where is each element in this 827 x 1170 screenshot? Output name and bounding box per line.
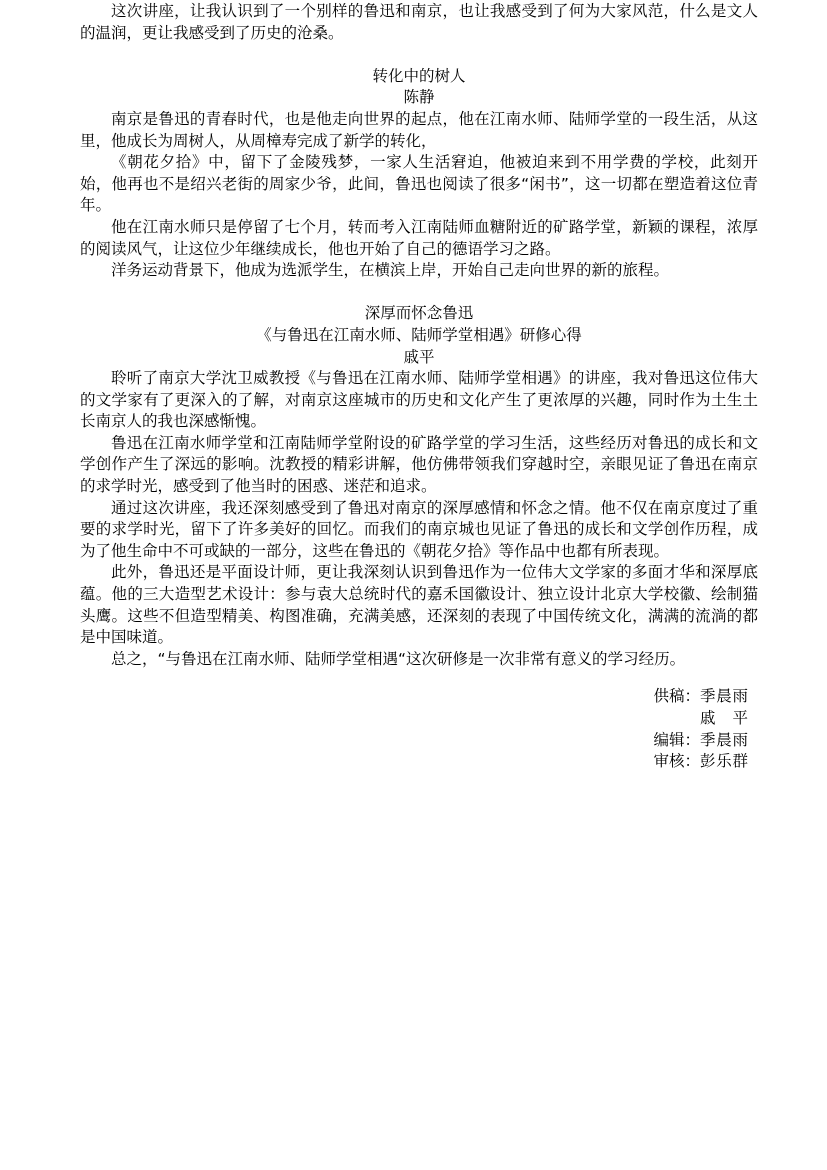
credit-label: 供稿： bbox=[653, 686, 700, 708]
credit-label: 审核： bbox=[653, 751, 700, 773]
article-title: 深厚而怀念鲁迅 bbox=[80, 303, 758, 325]
article-paragraph: 通过这次讲座，我还深刻感受到了鲁迅对南京的深厚感情和怀念之情。他不仅在南京度过了… bbox=[80, 498, 758, 563]
document-page: 这次讲座，让我认识到了一个别样的鲁迅和南京，也让我感受到了何为大家风范，什么是文… bbox=[80, 1, 758, 773]
credit-contributor: 供稿：季晨雨 bbox=[653, 686, 748, 708]
article-paragraph: 他在江南水师只是停留了七个月，转而考入江南陆师血糖附近的矿路学堂，新颖的课程，浓… bbox=[80, 217, 758, 260]
credit-reviewer: 审核：彭乐群 bbox=[653, 751, 748, 773]
article-paragraph: 洋务运动背景下，他成为选派学生，在横滨上岸，开始自己走向世界的新的旅程。 bbox=[80, 260, 758, 282]
intro-paragraph: 这次讲座，让我认识到了一个别样的鲁迅和南京，也让我感受到了何为大家风范，什么是文… bbox=[80, 1, 758, 44]
spacer bbox=[80, 282, 758, 304]
article-remembering-luxun: 深厚而怀念鲁迅 《与鲁迅在江南水师、陆师学堂相遇》研修心得 戚平 聆听了南京大学… bbox=[80, 303, 758, 670]
credit-contributor-2: 戚 平 bbox=[700, 708, 748, 730]
article-paragraph: 聆听了南京大学沈卫威教授《与鲁迅在江南水师、陆师学堂相遇》的讲座，我对鲁迅这位伟… bbox=[80, 368, 758, 433]
article-author: 戚平 bbox=[80, 347, 758, 369]
article-author: 陈静 bbox=[80, 87, 758, 109]
article-transformation-of-shuren: 转化中的树人 陈静 南京是鲁迅的青春时代，也是他走向世界的起点，他在江南水师、陆… bbox=[80, 66, 758, 282]
article-paragraph: 《朝花夕拾》中，留下了金陵残梦，一家人生活窘迫，他被迫来到不用学费的学校，此刻开… bbox=[80, 152, 758, 217]
article-paragraph: 此外，鲁迅还是平面设计师，更让我深刻认识到鲁迅作为一位伟大文学家的多面才华和深厚… bbox=[80, 562, 758, 648]
article-subtitle: 《与鲁迅在江南水师、陆师学堂相遇》研修心得 bbox=[80, 325, 758, 347]
credit-label: 编辑： bbox=[653, 730, 700, 752]
spacer bbox=[80, 44, 758, 66]
article-paragraph: 鲁迅在江南水师学堂和江南陆师学堂附设的矿路学堂的学习生活，这些经历对鲁迅的成长和… bbox=[80, 433, 758, 498]
credit-value: 彭乐群 bbox=[700, 751, 748, 773]
article-title: 转化中的树人 bbox=[80, 66, 758, 88]
credit-value: 季晨雨 bbox=[700, 730, 748, 752]
article-paragraph: 总之，“与鲁迅在江南水师、陆师学堂相遇“这次研修是一次非常有意义的学习经历。 bbox=[80, 649, 758, 671]
credit-value: 季晨雨 bbox=[700, 686, 748, 708]
credit-value: 戚 平 bbox=[700, 708, 748, 730]
article-paragraph: 南京是鲁迅的青春时代，也是他走向世界的起点，他在江南水师、陆师学堂的一段生活，从… bbox=[80, 109, 758, 152]
credit-editor: 编辑：季晨雨 bbox=[653, 730, 748, 752]
credits-block: 供稿：季晨雨 戚 平 编辑：季晨雨 审核：彭乐群 bbox=[80, 686, 758, 772]
